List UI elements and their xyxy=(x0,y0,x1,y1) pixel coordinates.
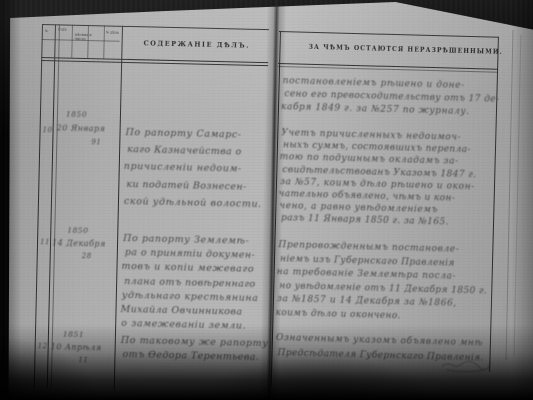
entry-num: 91 xyxy=(91,138,101,146)
left-page-table: № Годъ мѣсяцъ и число № дѣла СОДЕРЖАНІЕ … xyxy=(34,24,270,397)
right-page-title: ЗА ЧѢМЪ ОСТАЮТСЯ НЕРАЗРѢШЕННЫМИ. xyxy=(308,44,502,56)
entry-year: 1850 xyxy=(66,110,87,119)
column-header-case: № дѣла xyxy=(106,30,119,34)
entry-year: 1851 xyxy=(63,330,84,339)
entry-num: 11 xyxy=(78,356,88,364)
response-text: постановленіемъ рѣшено и доне-сено его п… xyxy=(282,75,495,120)
handwriting-line: о замежеваніи земли. xyxy=(121,317,261,334)
entry-text: По таковому же рапортуотъ Ѳедора Теренть… xyxy=(120,334,261,365)
left-page-title: СОДЕРЖАНІЕ ДѢЛЪ. xyxy=(143,39,250,49)
handwriting-line: отъ Ѳедора Терентьева. xyxy=(122,348,260,365)
entry-no: 12 xyxy=(38,342,48,350)
entry-date: 10 Апрѣля xyxy=(51,342,102,352)
entry-num: 28 xyxy=(82,252,92,260)
signature-flourish xyxy=(440,353,493,374)
page-edge-line xyxy=(514,35,522,355)
rule-line xyxy=(71,25,73,58)
page-edge-line xyxy=(506,30,514,360)
rule-line xyxy=(87,25,89,58)
column-header-date: мѣсяцъ и число xyxy=(75,33,103,42)
entry-no: 10 xyxy=(43,126,53,134)
rule-line xyxy=(279,31,499,38)
entry-no: 11 xyxy=(40,238,50,246)
entry-text: По рапорту Землемѣ-ра о принятіи докумен… xyxy=(121,232,263,335)
entry-year: 1850 xyxy=(67,226,88,235)
rule-line xyxy=(34,24,43,388)
response-text: Препровожденнымъ постановле-ніемъ изъ Гу… xyxy=(276,239,490,326)
book-page-spread: № Годъ мѣсяцъ и число № дѣла СОДЕРЖАНІЕ … xyxy=(0,0,533,400)
entry-text: По рапорту Самарс-каго Казначейства опри… xyxy=(124,124,266,213)
rule-line xyxy=(51,24,60,388)
response-text: Учетъ причисленныхъ недоимоч-ныхъ суммъ,… xyxy=(279,127,493,230)
rule-line xyxy=(103,25,105,58)
right-page-table: ЗА ЧѢМЪ ОСТАЮТСЯ НЕРАЗРѢШЕННЫМИ. постано… xyxy=(270,31,503,399)
rule-line xyxy=(42,24,269,30)
column-header-number: № xyxy=(45,29,48,33)
column-header-year: Годъ xyxy=(58,27,67,31)
handwriting-line: ской удѣльной волости. xyxy=(124,193,264,213)
ledger-photograph: № Годъ мѣсяцъ и число № дѣла СОДЕРЖАНІЕ … xyxy=(0,0,533,400)
entry-date: 20 Января xyxy=(57,123,106,133)
entry-date: 14 Декабря xyxy=(52,238,106,248)
